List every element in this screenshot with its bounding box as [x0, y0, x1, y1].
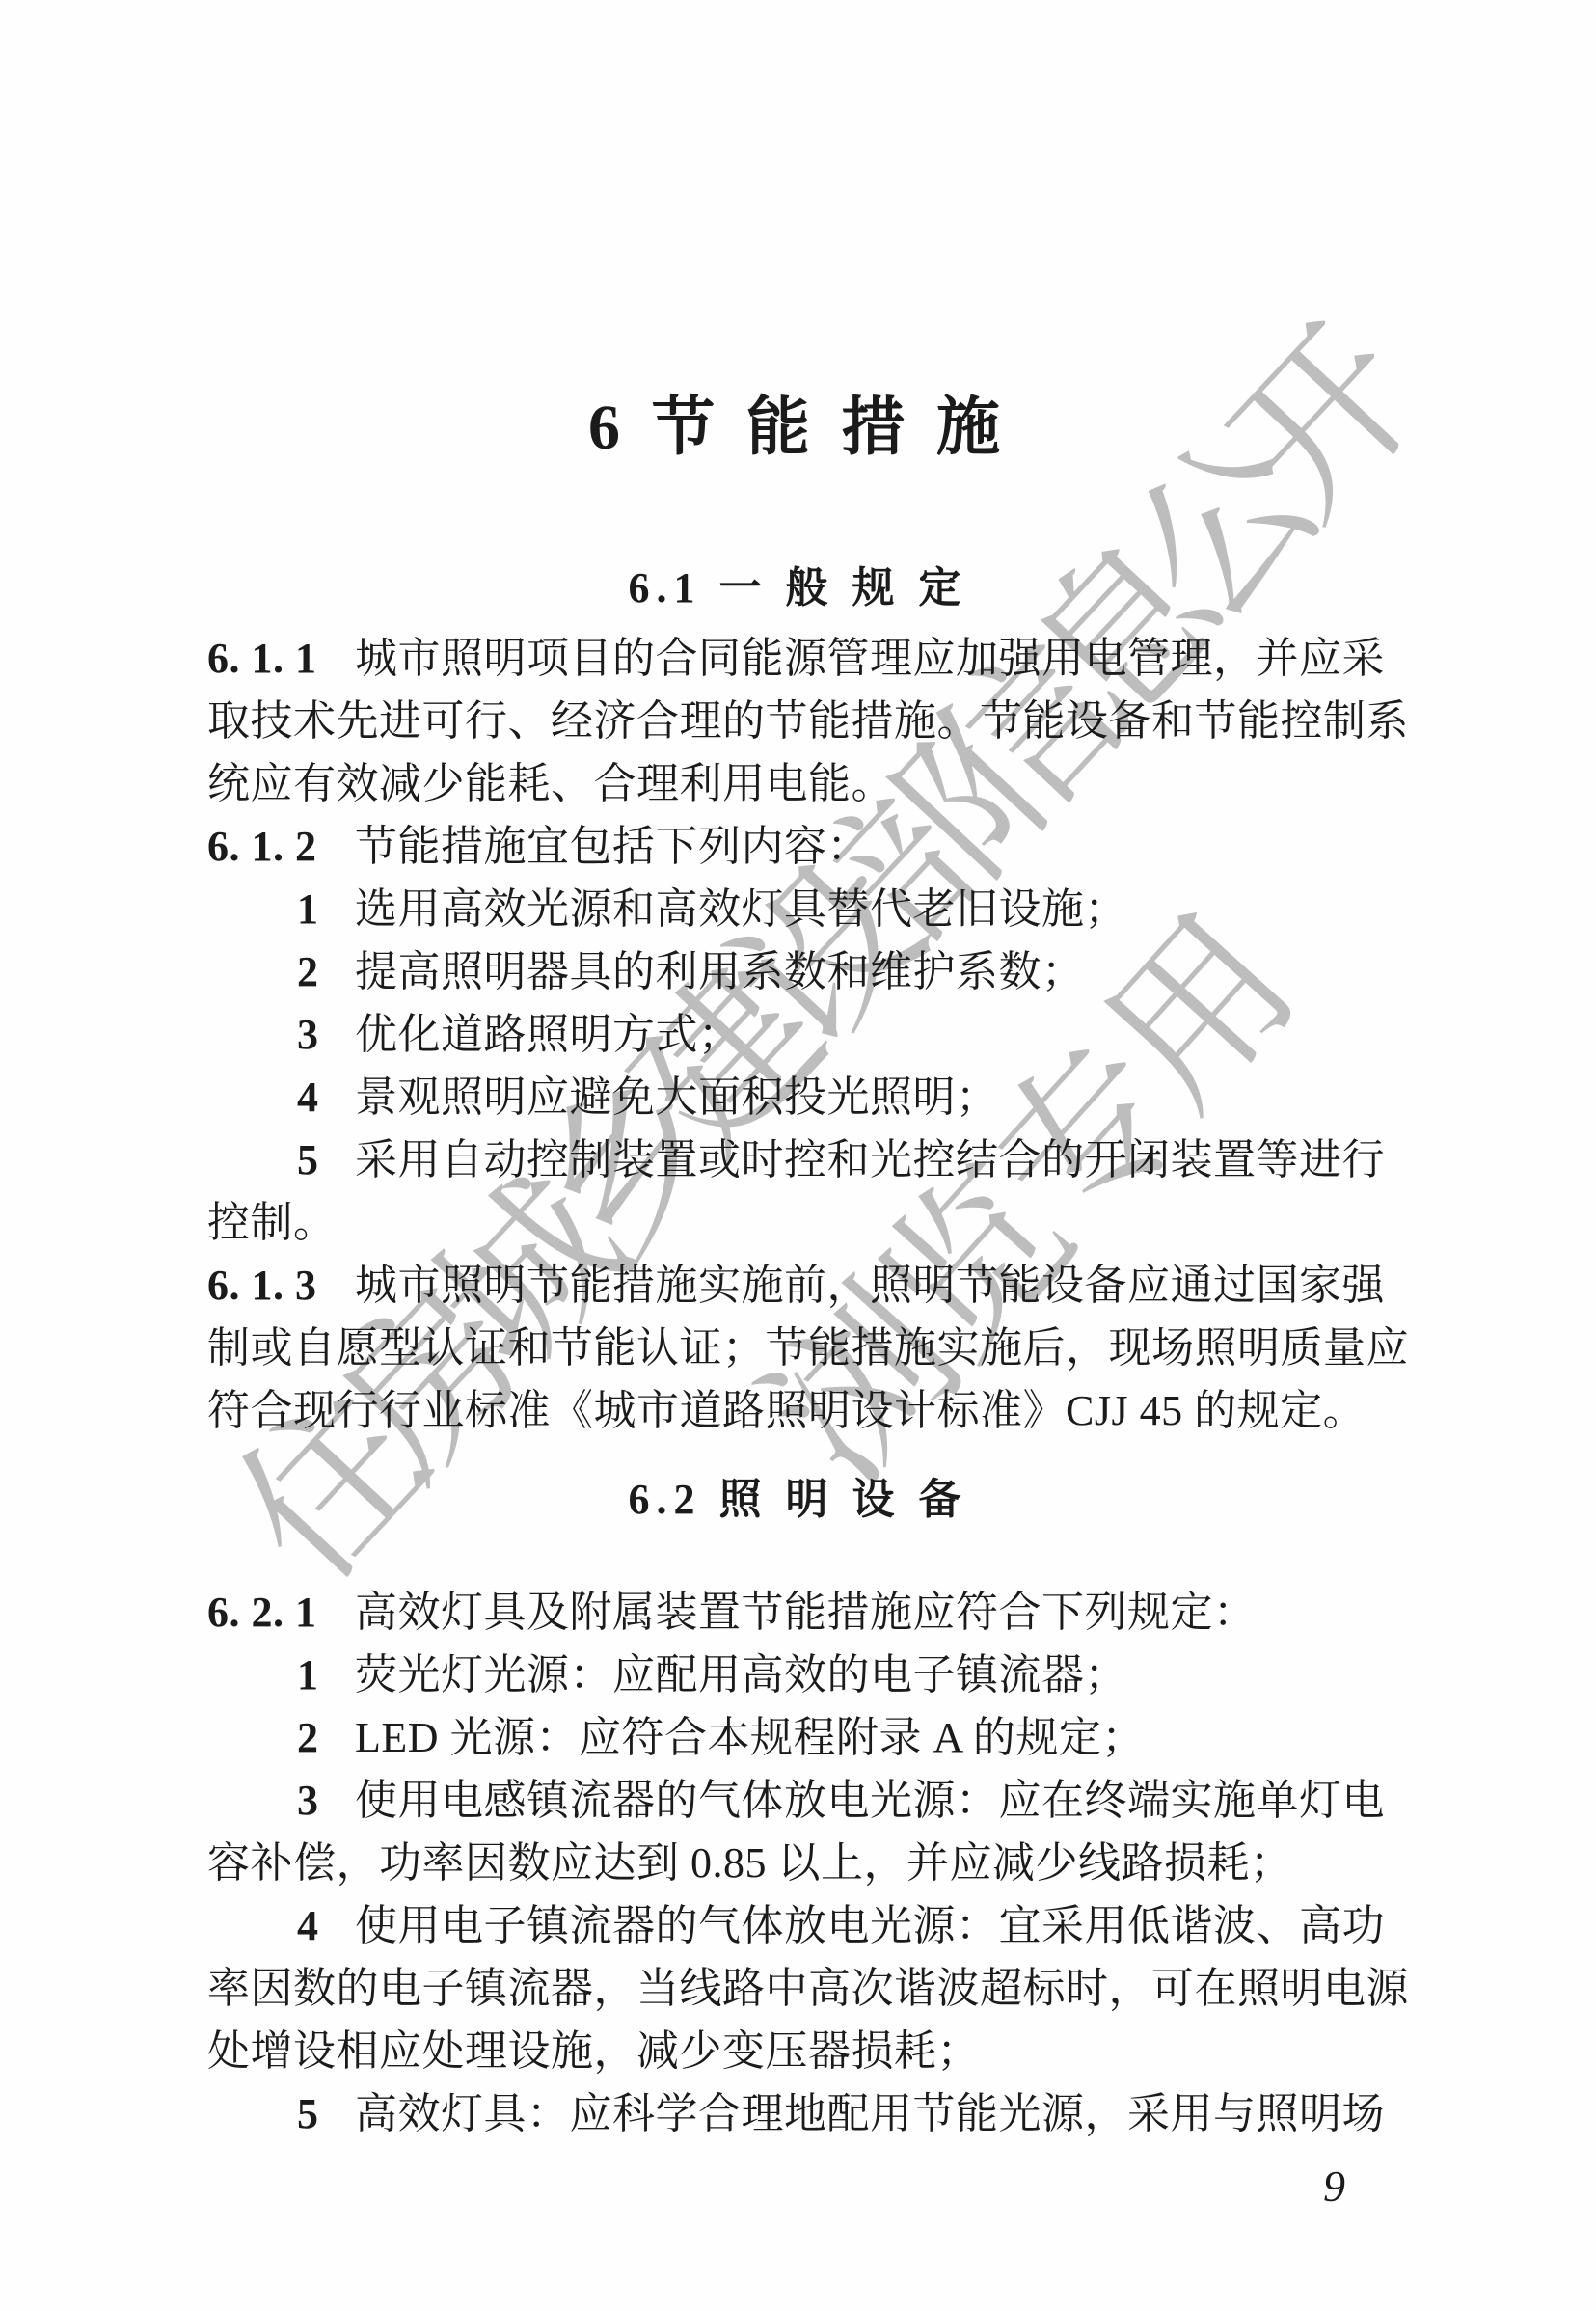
- line-number: 4: [297, 1902, 319, 1951]
- text-line: 高效灯具：应科学合理地配用节能光源，采用与照明场: [355, 2090, 1385, 2139]
- line-number: 2: [297, 1714, 319, 1763]
- line-number: 3: [297, 1777, 319, 1826]
- text-line: 符合现行行业标准《城市道路照明设计标准》CJJ 45 的规定。: [207, 1387, 1366, 1436]
- chapter-title: 6 节 能 措 施: [0, 394, 1596, 464]
- line-number: 1: [297, 885, 319, 935]
- text-line: 制或自愿型认证和节能认证；节能措施实施后，现场照明质量应: [207, 1324, 1409, 1373]
- line-number: 6. 2. 1: [207, 1589, 317, 1638]
- text-line: 统应有效减少能耗、合理利用电能。: [207, 760, 894, 809]
- text-line: LED 光源：应符合本规程附录 A 的规定；: [355, 1714, 1145, 1763]
- document-page: 住房城乡建设部信息公开 浏览专用 6 节 能 措 施 6.1 一 般 规 定 6…: [0, 0, 1596, 2311]
- text-line: 采用自动控制装置或时控和光控结合的开闭装置等进行: [355, 1136, 1385, 1185]
- line-number: 1: [297, 1651, 319, 1700]
- text-line: 城市照明节能措施实施前，照明节能设备应通过国家强: [355, 1262, 1385, 1311]
- page-number: 9: [1323, 2162, 1345, 2212]
- text-line: 提高照明器具的利用系数和维护系数；: [355, 948, 1085, 997]
- text-line: 控制。: [207, 1199, 337, 1248]
- text-line: 优化道路照明方式；: [355, 1011, 742, 1060]
- text-line: 使用电子镇流器的气体放电光源：宜采用低谐波、高功: [355, 1902, 1385, 1951]
- text-line: 处增设相应处理设施，减少变压器损耗；: [207, 2027, 980, 2077]
- text-line: 容补偿，功率因数应达到 0.85 以上，并应减少线路损耗；: [207, 1839, 1293, 1889]
- line-number: 3: [297, 1011, 319, 1060]
- line-number: 6. 1. 1: [207, 635, 317, 684]
- text-line: 取技术先进可行、经济合理的节能措施。节能设备和节能控制系: [207, 697, 1409, 747]
- line-number: 4: [297, 1074, 319, 1123]
- line-number: 5: [297, 2090, 319, 2139]
- line-number: 6. 1. 2: [207, 823, 317, 872]
- text-line: 景观照明应避免大面积投光照明；: [355, 1074, 999, 1123]
- text-line: 城市照明项目的合同能源管理应加强用电管理，并应采: [355, 635, 1385, 684]
- line-number: 5: [297, 1136, 319, 1185]
- section-6-2-heading: 6.2 照 明 设 备: [0, 1477, 1596, 1523]
- text-line: 高效灯具及附属装置节能措施应符合下列规定：: [355, 1589, 1257, 1638]
- line-number: 6. 1. 3: [207, 1262, 317, 1311]
- text-line: 率因数的电子镇流器，当线路中高次谐波超标时，可在照明电源: [207, 1965, 1409, 2014]
- text-line: 荧光灯光源：应配用高效的电子镇流器；: [355, 1651, 1127, 1700]
- line-number: 2: [297, 948, 319, 997]
- text-line: 节能措施宜包括下列内容：: [355, 823, 870, 872]
- text-line: 选用高效光源和高效灯具替代老旧设施；: [355, 885, 1127, 935]
- section-6-1-heading: 6.1 一 般 规 定: [0, 565, 1596, 612]
- text-line: 使用电感镇流器的气体放电光源：应在终端实施单灯电: [355, 1777, 1385, 1826]
